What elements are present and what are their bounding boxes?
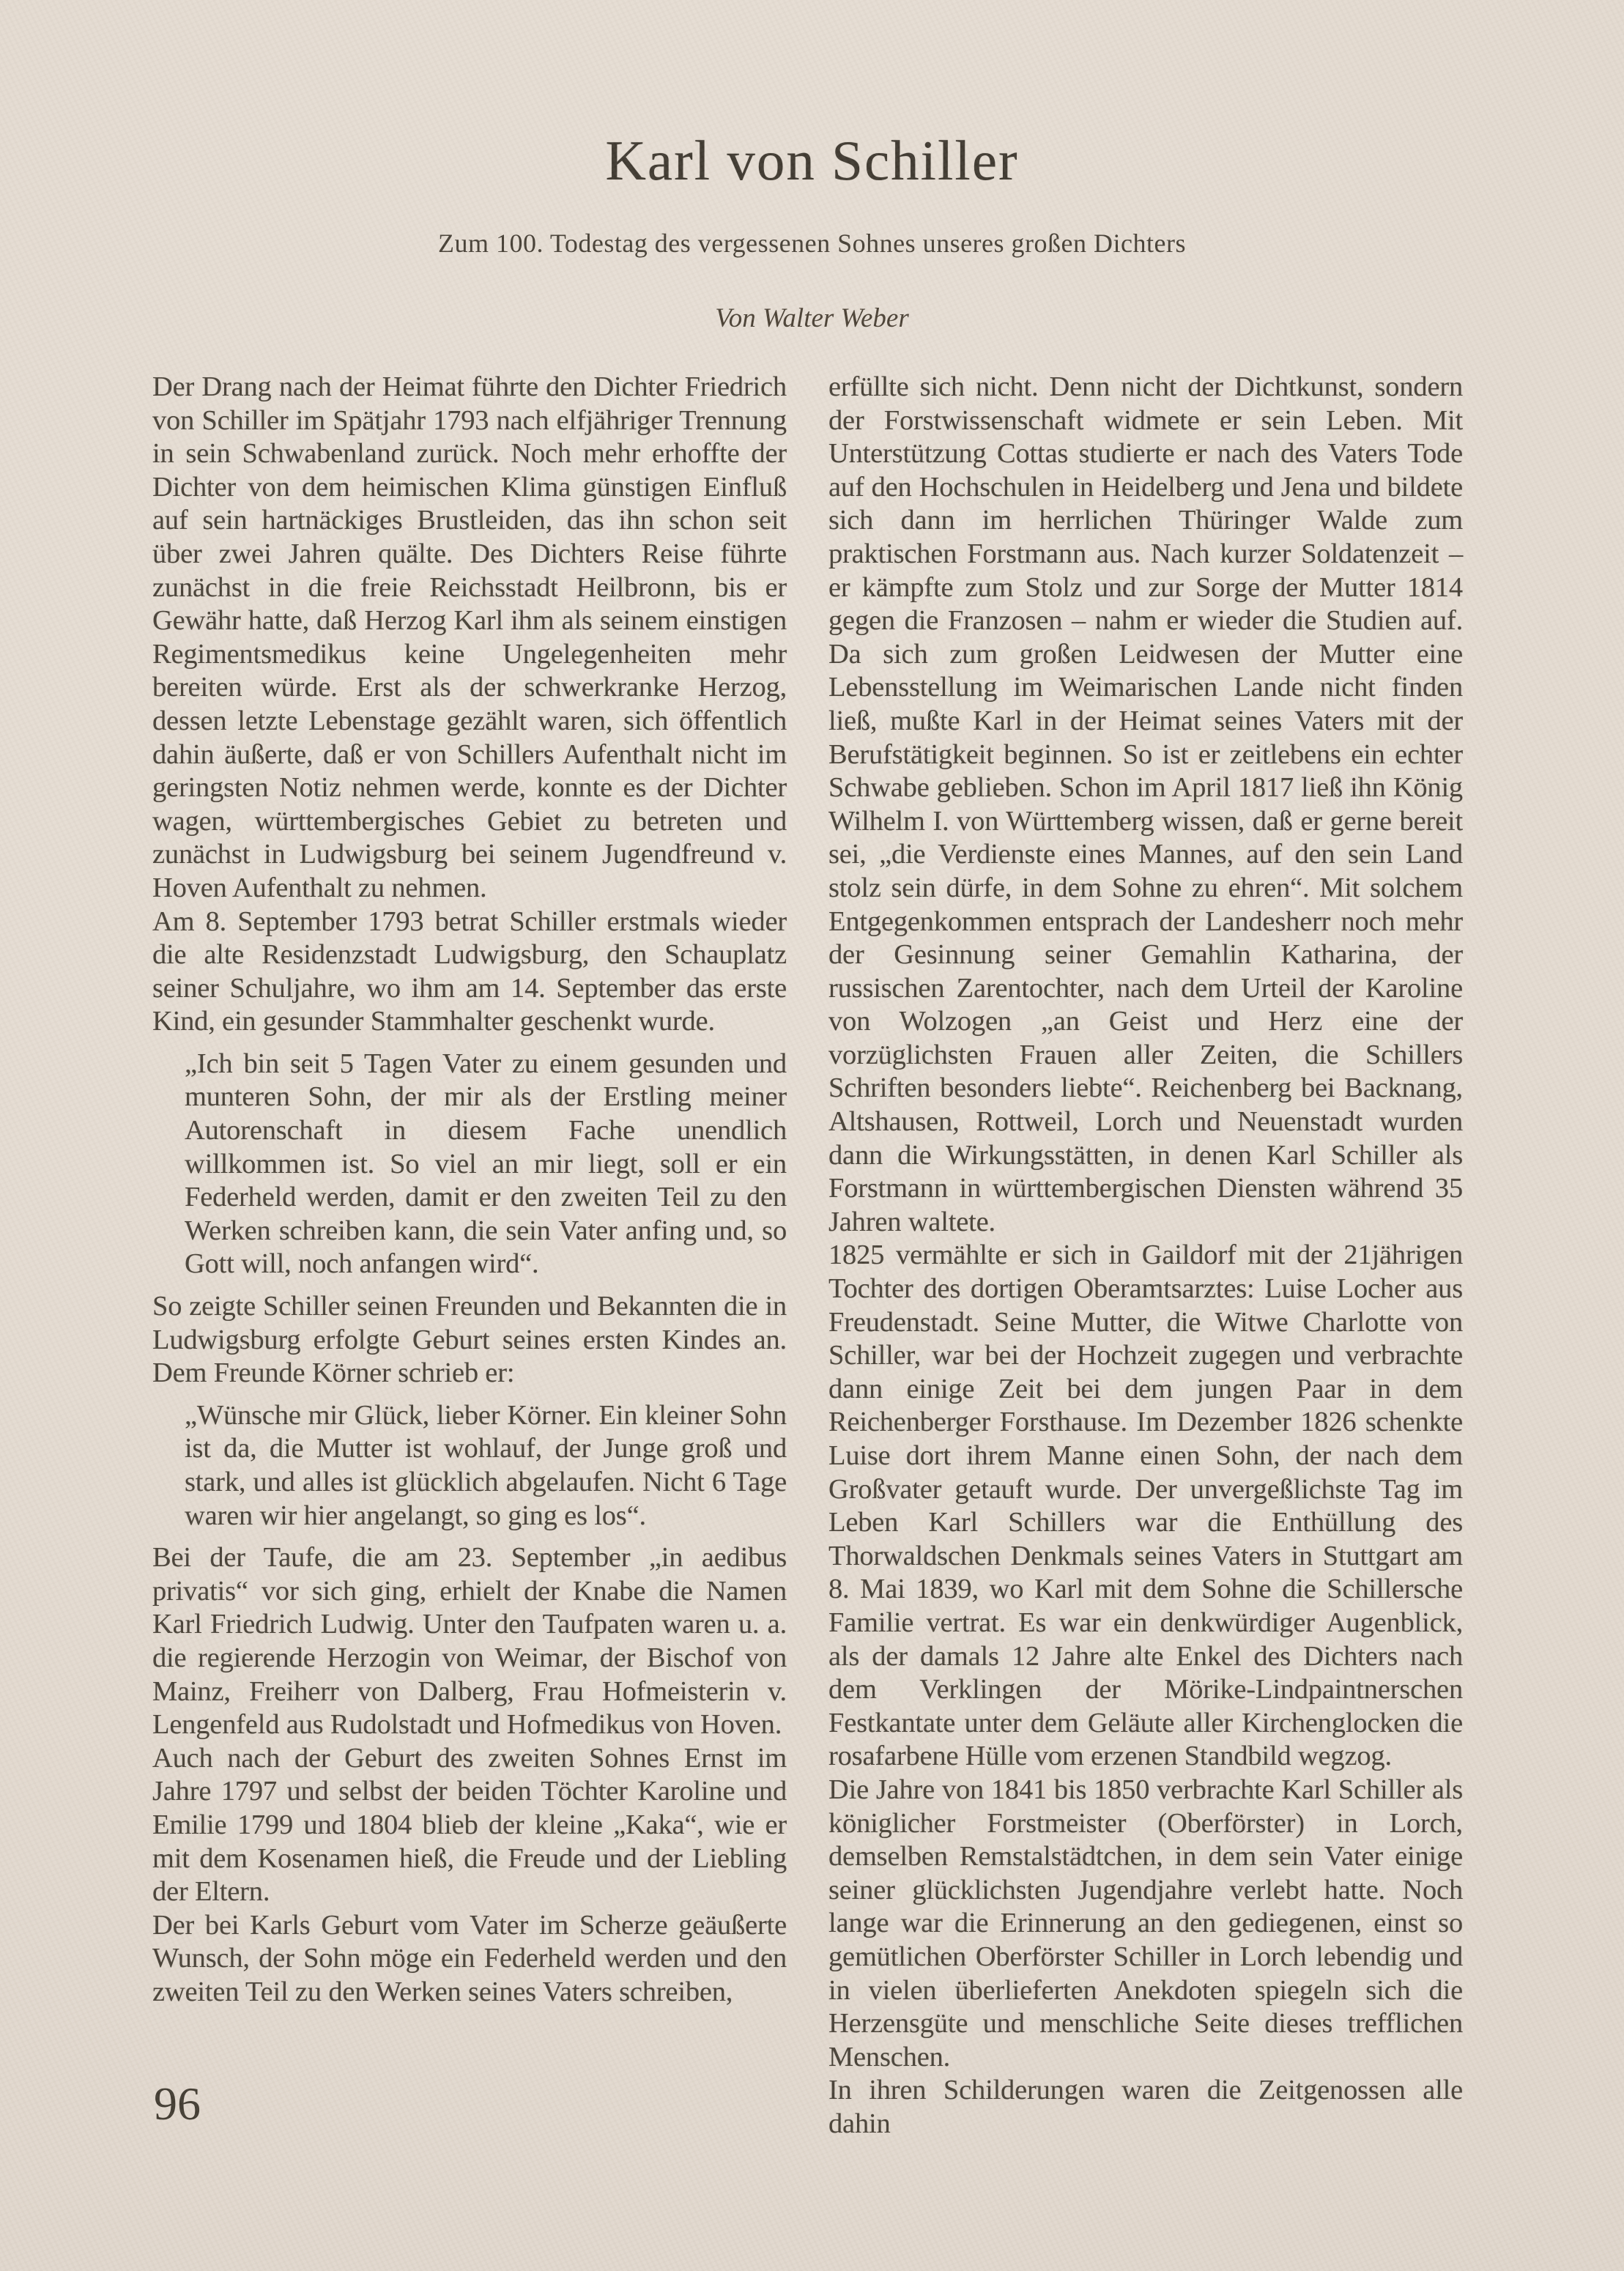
- page-number: 96: [154, 2081, 201, 2127]
- body-paragraph: Auch nach der Geburt des zweiten Sohnes …: [152, 1742, 787, 1909]
- right-text-column: erfüllte sich nicht. Denn nicht der Dich…: [828, 371, 1463, 2141]
- body-paragraph: Am 8. September 1793 betrat Schiller ers…: [152, 905, 787, 1039]
- page-subtitle: Zum 100. Todestag des vergessenen Sohnes…: [0, 230, 1624, 256]
- body-paragraph: Der bei Karls Geburt vom Vater im Scherz…: [152, 1909, 787, 2009]
- body-paragraph: Bei der Taufe, die am 23. September „in …: [152, 1541, 787, 1742]
- left-text-column: Der Drang nach der Heimat führte den Dic…: [152, 371, 787, 2141]
- body-paragraph: Der Drang nach der Heimat führte den Dic…: [152, 371, 787, 905]
- block-quote: „Ich bin seit 5 Tagen Vater zu einem ges…: [185, 1048, 787, 1281]
- two-column-text-block: Der Drang nach der Heimat führte den Dic…: [152, 371, 1463, 2141]
- body-paragraph: erfüllte sich nicht. Denn nicht der Dich…: [828, 371, 1463, 1239]
- body-paragraph: 1825 vermählte er sich in Gaildorf mit d…: [828, 1239, 1463, 1774]
- body-paragraph: Die Jahre von 1841 bis 1850 verbrachte K…: [828, 1774, 1463, 2074]
- block-quote: „Wünsche mir Glück, lieber Körner. Ein k…: [185, 1399, 787, 1533]
- body-paragraph: So zeigte Schiller seinen Freunden und B…: [152, 1290, 787, 1390]
- scanned-book-page: Karl von Schiller Zum 100. Todestag des …: [0, 0, 1624, 2271]
- page-title: Karl von Schiller: [0, 133, 1624, 189]
- author-byline: Von Walter Weber: [0, 305, 1624, 332]
- body-paragraph: In ihren Schilderungen waren die Zeitgen…: [828, 2074, 1463, 2141]
